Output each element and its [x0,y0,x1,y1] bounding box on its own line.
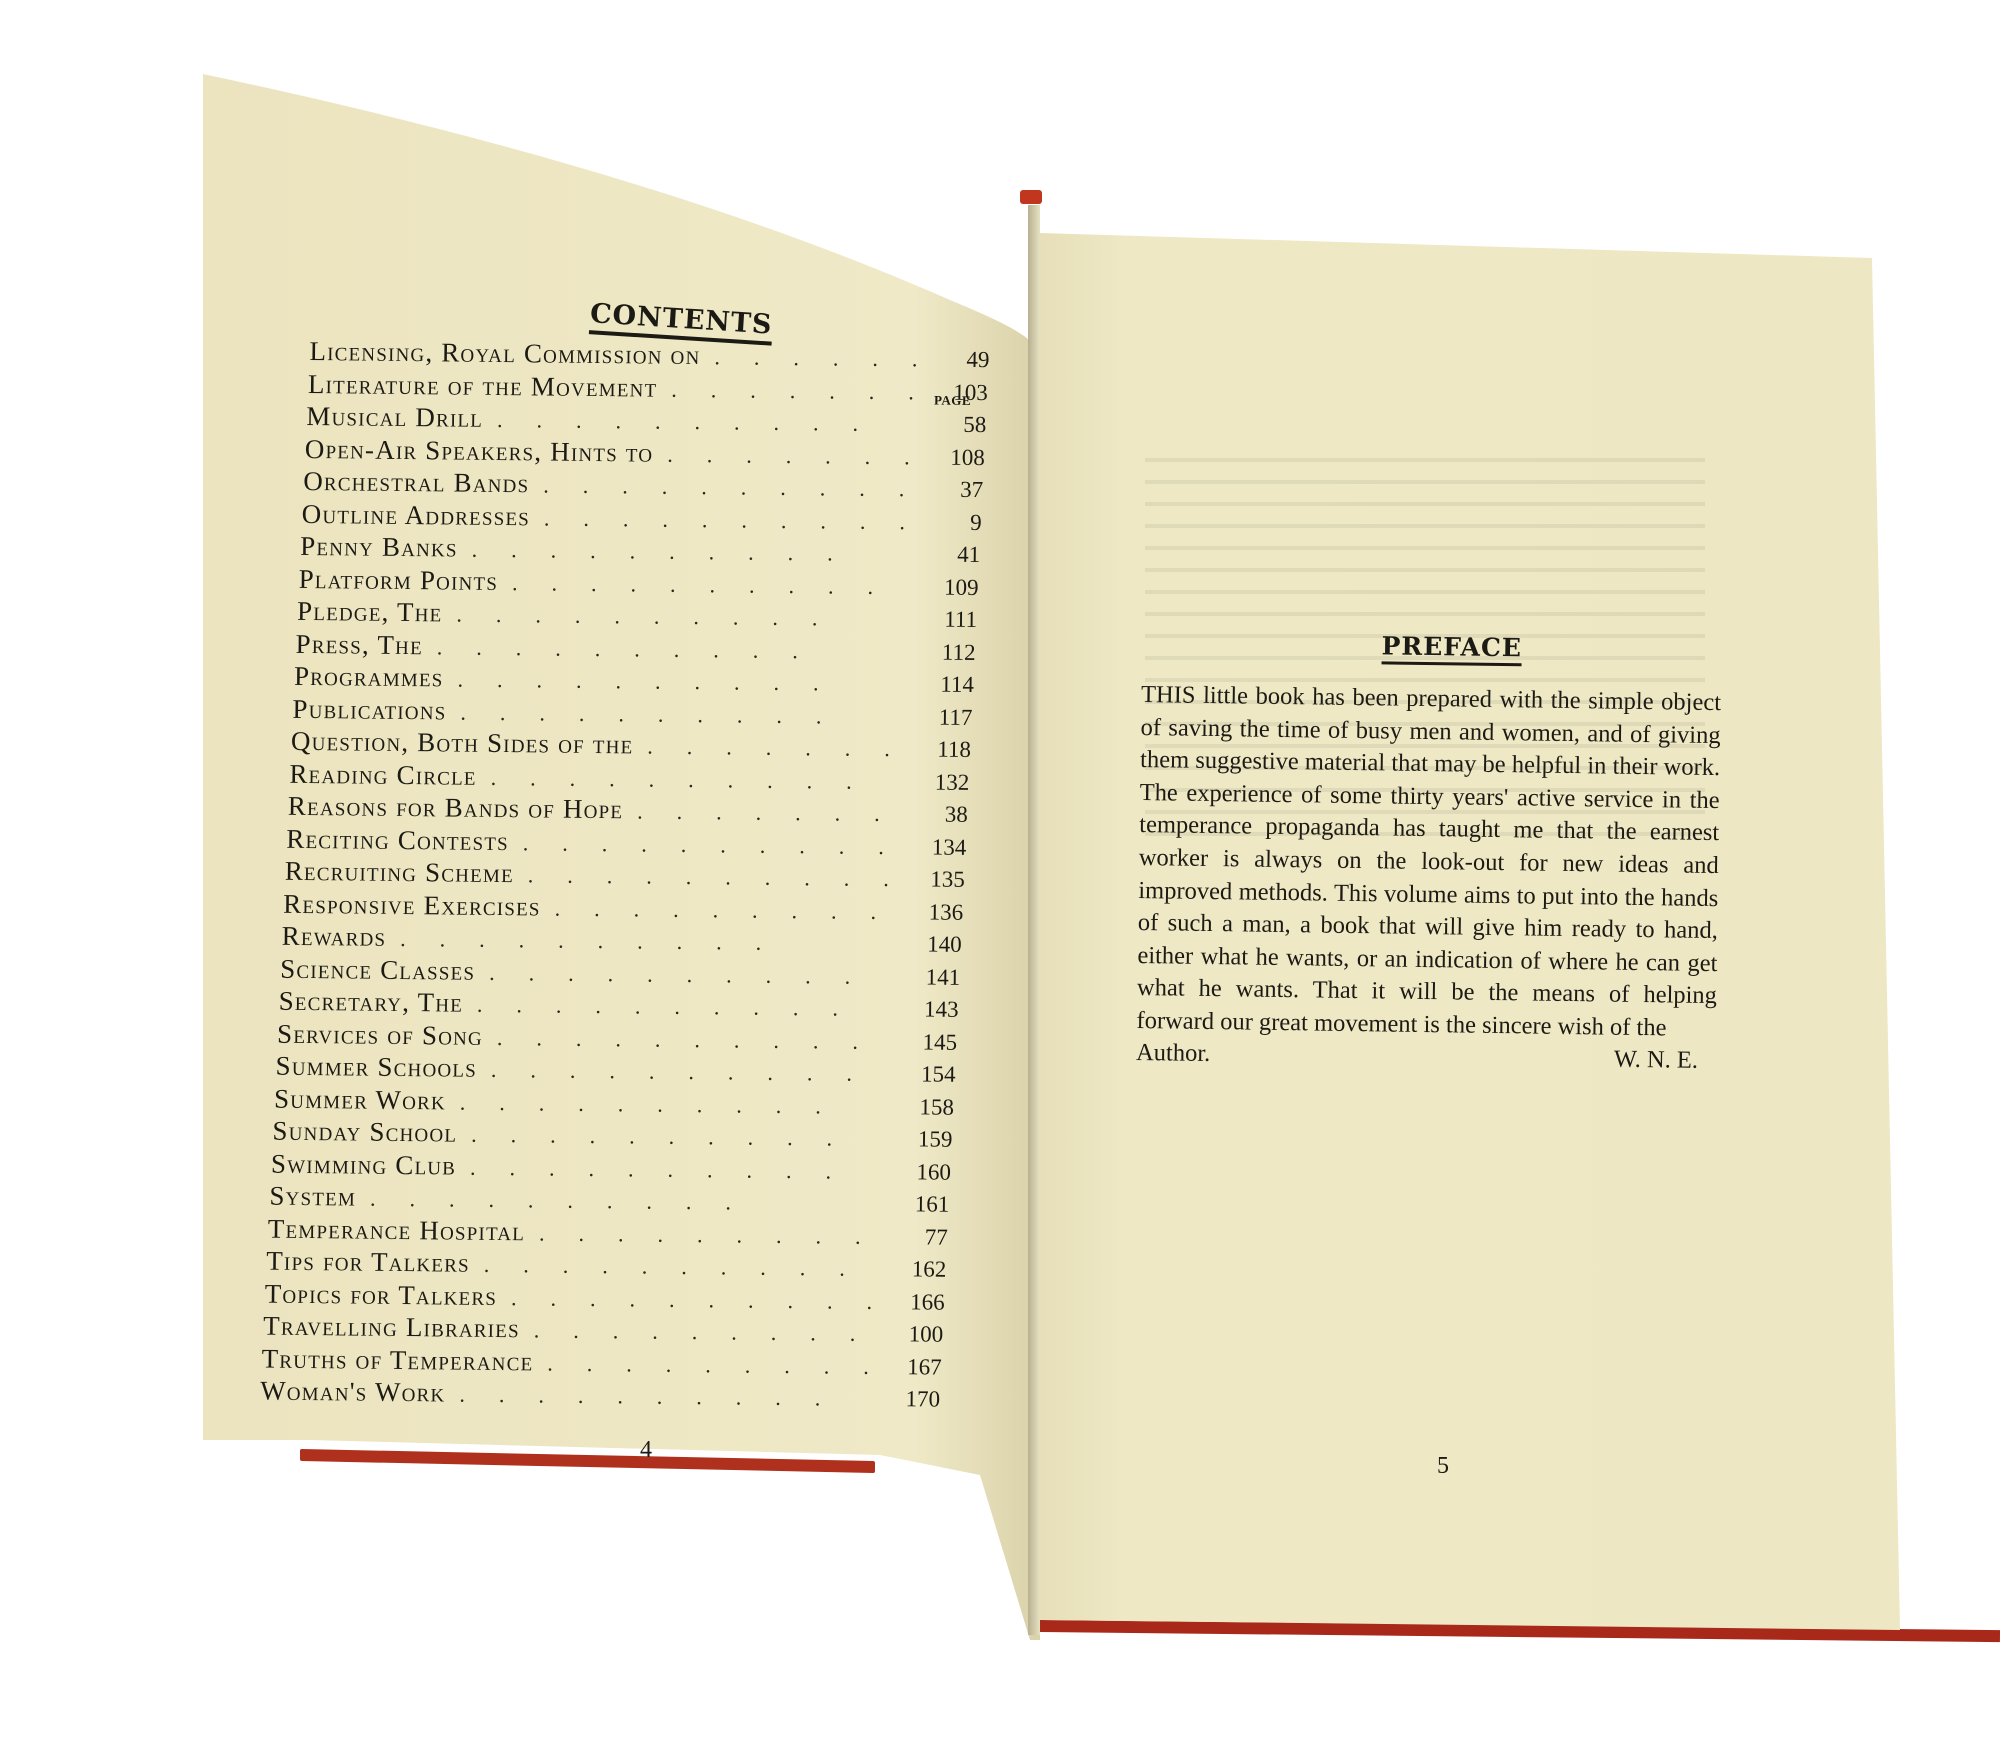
toc-entry-title: Swimming Club [271,1148,457,1181]
toc-entry-page: 100 [883,1321,943,1348]
toc-entry-page: 140 [902,931,962,958]
toc-entry-title: Woman's Work [260,1376,446,1409]
toc-entry-page: 145 [897,1029,957,1056]
toc-entry-page: 143 [898,996,958,1023]
toc-leader-dots: .......... [633,733,911,762]
page-number-right: 5 [1437,1453,1449,1480]
toc-entry-title: Tips for Talkers [266,1246,470,1279]
toc-entry-page: 170 [880,1386,940,1413]
toc-entry-page: 9 [922,509,982,536]
toc-entry-title: Publications [292,693,446,726]
toc-entry-page: 117 [912,704,972,731]
toc-leader-dots: .......... [446,1089,894,1120]
toc-entry-page: 154 [895,1061,955,1088]
toc-entry-title: Musical Drill [306,401,483,434]
toc-leader-dots: .......... [533,1350,882,1380]
toc-leader-dots: .......... [457,1122,893,1153]
toc-entry-page: 49 [929,346,989,373]
toc-entry-page: 77 [888,1224,948,1251]
toc-entry-title: Outline Addresses [302,498,531,531]
toc-leader-dots: .......... [475,959,900,989]
toc-entry-page: 134 [906,834,966,861]
toc-entry-page: 109 [918,574,978,601]
toc-leader-dots: .......... [520,1317,884,1347]
toc-leader-dots: .......... [458,537,921,568]
toc-entry-title: Reciting Contests [286,823,509,856]
toc-entry-page: 159 [892,1126,952,1153]
toc-entry-title: Sunday School [272,1116,457,1149]
toc-leader-dots: .......... [514,862,905,892]
toc-entry-title: Open-Air Speakers, Hints to [305,433,654,468]
toc-leader-dots: .......... [653,441,925,470]
toc-leader-dots: .......... [442,601,917,632]
toc-entry-title: Platform Points [299,563,499,596]
toc-entry-title: System [269,1181,356,1213]
toc-entry-page: 141 [900,964,960,991]
toc-leader-dots: .......... [443,666,914,697]
toc-entry-page: 103 [928,379,988,406]
toc-entry-page: 166 [885,1289,945,1316]
toc-leader-dots: .......... [700,344,929,372]
toc-entry-title: Pledge, The [297,596,443,629]
toc-leader-dots: .......... [529,472,923,502]
toc-entry-page: 136 [903,899,963,926]
toc-entry-page: 158 [894,1094,954,1121]
toc-entry-title: Travelling Libraries [263,1311,520,1345]
toc-entry-title: Responsive Exercises [283,888,541,922]
toc-entry-page: 37 [923,476,983,503]
toc-leader-dots: .......... [356,1186,890,1218]
toc-leader-dots: .......... [657,376,928,405]
toc-leader-dots: .......... [445,1381,880,1412]
toc-entry-title: Temperance Hospital [268,1213,526,1247]
toc-leader-dots: .......... [463,992,899,1023]
toc-entry-title: Topics for Talkers [265,1278,498,1311]
toc-leader-dots: .......... [446,699,912,730]
toc-entry-page: 160 [891,1159,951,1186]
toc-entry-title: Services of Song [277,1018,483,1051]
toc-leader-dots: .......... [386,926,902,957]
toc-leader-dots: .......... [525,1220,888,1250]
preface-body: THIS little book has been prepared with … [1136,679,1721,1046]
toc-entry-page: 111 [917,606,977,633]
toc-entry-title: Summer Schools [275,1051,477,1084]
toc-leader-dots: .......... [477,764,910,795]
open-book: CONTENTS PAGE Licensing, Royal Commissio… [0,0,2000,1740]
toc-entry-title: Licensing, Royal Commission on [309,336,700,371]
author-initials: W. N. E. [1614,1044,1699,1075]
toc-entry-title: Truths of Temperance [262,1343,534,1377]
toc-list: Licensing, Royal Commission on..........… [298,336,989,1416]
toc-entry-title: Programmes [294,661,444,694]
toc-leader-dots: .......... [483,407,927,438]
toc-entry-page: 132 [909,769,969,796]
toc-entry-page: 41 [920,541,980,568]
toc-entry-title: Summer Work [274,1083,446,1116]
gutter [1028,205,1040,1635]
page-number-left: 4 [640,1437,652,1464]
toc-entry-page: 118 [911,736,971,763]
toc-leader-dots: .......... [470,1252,887,1282]
toc-entry-title: Rewards [282,921,387,953]
toc-entry-title: Reasons for Bands of Hope [288,791,624,826]
toc-entry-title: Press, The [295,628,423,660]
toc-entry-title: Recruiting Scheme [285,856,514,889]
toc-entry-page: 135 [905,866,965,893]
toc-leader-dots: .......... [541,895,904,925]
toc-entry-title: Literature of the Movement [308,368,658,403]
toc-entry-page: 114 [914,671,974,698]
toc-entry-page: 161 [889,1191,949,1218]
toc-entry-page: 38 [908,801,968,828]
toc-entry-title: Penny Banks [300,531,458,564]
toc-entry-page: 112 [915,639,975,666]
toc-leader-dots: .......... [623,798,908,827]
toc-leader-dots: .......... [477,1057,896,1087]
preface-heading: PREFACE [1182,629,1722,666]
toc-entry-title: Reading Circle [289,758,477,791]
toc-entry-title: Question, Both Sides of the [291,726,634,761]
toc-leader-dots: .......... [423,634,916,665]
toc-entry-title: Science Classes [280,953,475,986]
preface-closing-word: Author. [1136,1037,1211,1068]
toc-entry-page: 162 [886,1256,946,1283]
toc-entry-title: Secretary, The [278,986,463,1019]
toc-entry-page: 167 [882,1354,942,1381]
preface-section: PREFACE THIS little book has been prepar… [1136,628,1722,1076]
toc-leader-dots: .......... [483,1024,897,1054]
toc-leader-dots: .......... [497,1285,885,1315]
toc-entry-title: Orchestral Bands [303,466,529,499]
toc-leader-dots: .......... [456,1154,891,1185]
toc-entry-page: 108 [925,444,985,471]
toc-leader-dots: .......... [509,830,907,860]
toc-leader-dots: .......... [498,569,919,599]
toc-entry-page: 58 [926,411,986,438]
toc-leader-dots: .......... [530,505,922,535]
